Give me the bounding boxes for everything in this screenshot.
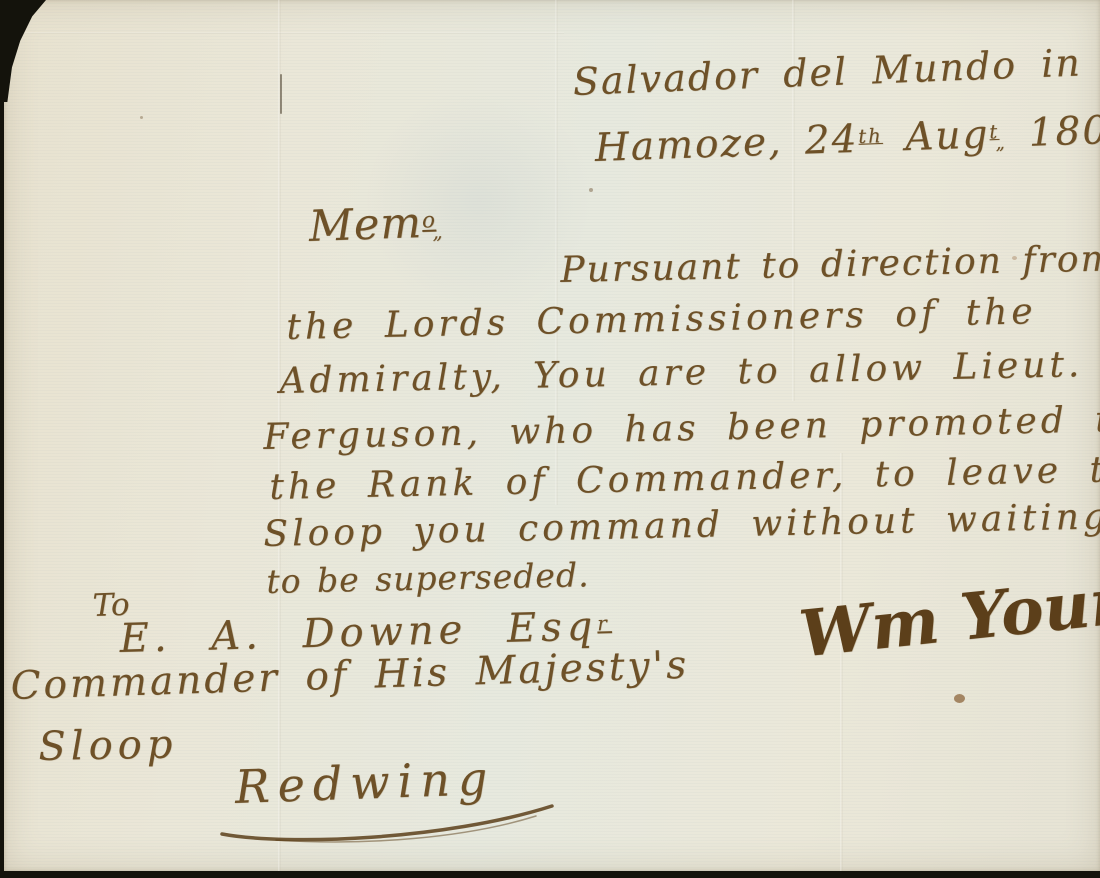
- address-vessel-type: Sloop: [38, 722, 178, 770]
- address-vessel-name: Redwing: [234, 751, 496, 814]
- heading-date-line: Hamoze, 24th Augt„ 1808.: [594, 107, 1100, 171]
- memo-main: Mem: [308, 198, 423, 252]
- recipient-superscript: r: [597, 611, 612, 635]
- memo-mark: „: [432, 220, 444, 243]
- date-month: Aug: [882, 112, 990, 161]
- body-line-3: Admiralty, You are to allow Lieut.: [279, 344, 1084, 402]
- paper-speck: [140, 116, 143, 119]
- ink-blot: [954, 694, 965, 703]
- paper-speck: [589, 188, 593, 192]
- paper-crack: [280, 74, 282, 114]
- body-line-1: Pursuant to direction from: [560, 238, 1100, 291]
- body-line-2: the Lords Commissioners of the: [286, 291, 1037, 348]
- heading-location-line: Salvador del Mundo in: [572, 40, 1083, 104]
- date-day-superscript: th: [858, 124, 883, 148]
- fold-crease-horizontal: [4, 32, 564, 34]
- location-text: Salvador del Mundo in: [572, 40, 1083, 104]
- body-line-4: Ferguson, who has been promoted to: [263, 399, 1100, 458]
- date-month-mark: „: [995, 133, 1007, 153]
- body-line-7: to be superseded.: [266, 555, 590, 601]
- date-pre: Hamoze, 24: [594, 117, 859, 171]
- date-year: 1808.: [1006, 107, 1100, 157]
- memo-label: Memo„: [308, 197, 444, 252]
- address-title-line: Commander of His Majesty's: [10, 643, 690, 709]
- letter-paper: Salvador del Mundo in Hamoze, 24th Augt„…: [4, 0, 1100, 871]
- scanned-letter: Salvador del Mundo in Hamoze, 24th Augt„…: [0, 0, 1100, 878]
